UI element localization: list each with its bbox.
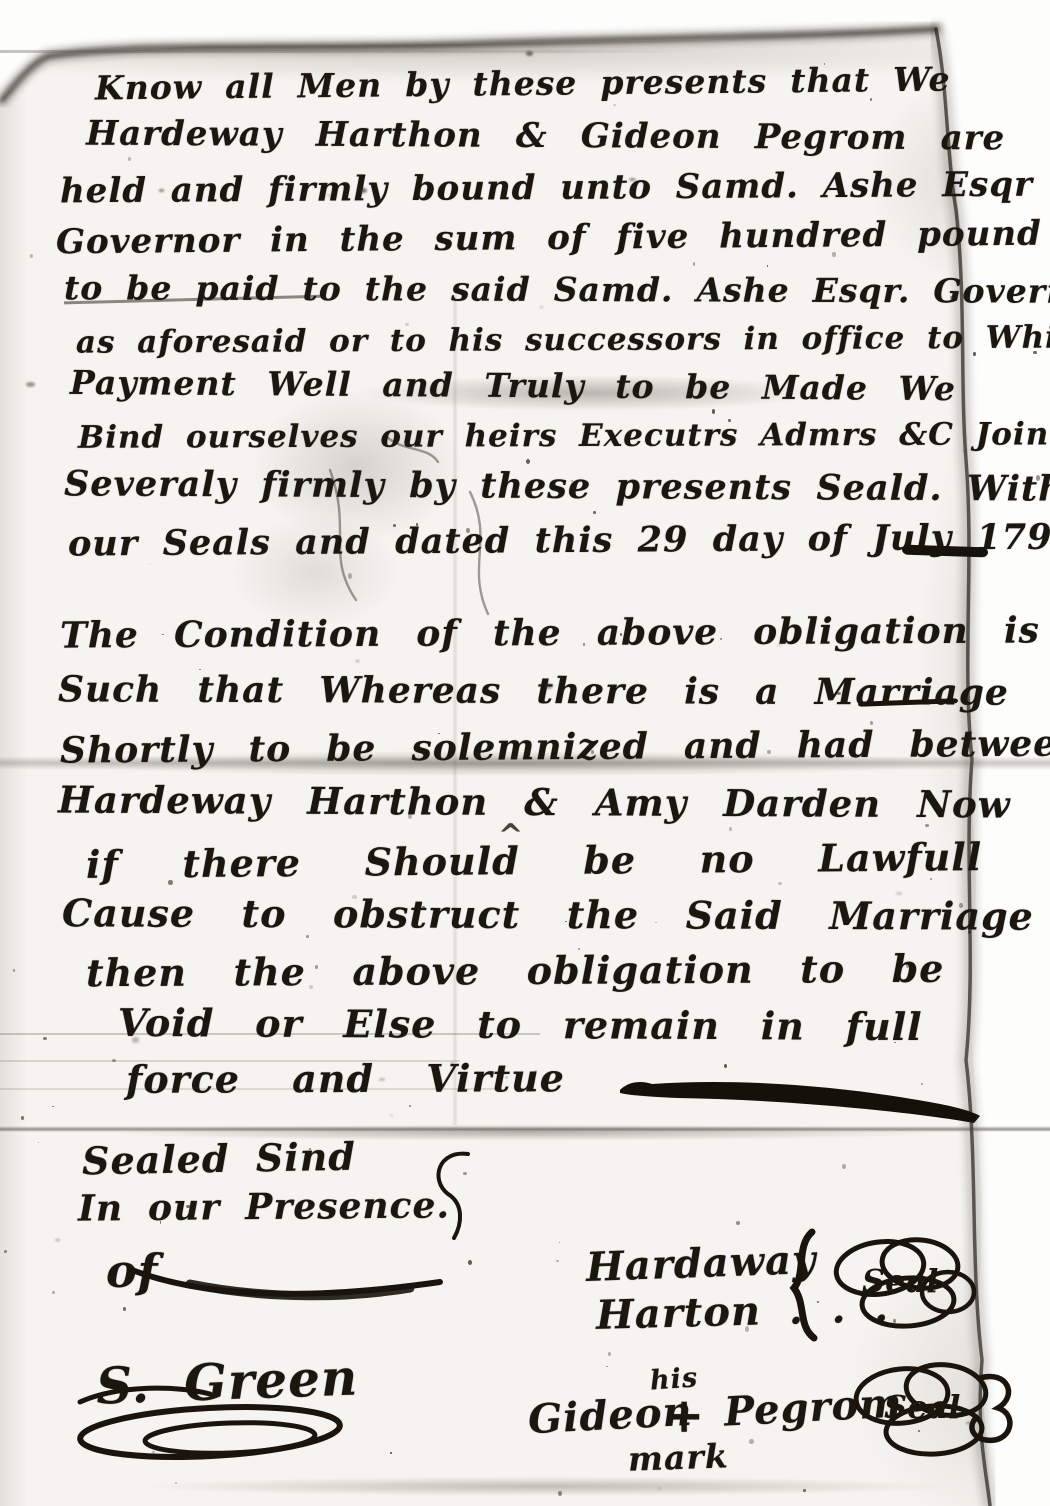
- condition-line-2: Such that Whereas there is a Marriage: [58, 668, 1009, 713]
- condition-line-5: if there Should be no Lawfull: [86, 834, 983, 887]
- signatory1-last-name: Harton . . .: [595, 1284, 889, 1339]
- bond-line-5: to be paid to the said Samd. Ashe Esqr. …: [64, 268, 1050, 311]
- condition-line-8: Void or Else to remain in full: [118, 1000, 923, 1049]
- signatory2-last-name: Pegrom: [723, 1379, 904, 1435]
- bond-line-6: as aforesaid or to his successors in off…: [76, 319, 1050, 360]
- attestation-line-2: In our Presence.: [78, 1184, 450, 1229]
- bond-line-2: Hardeway Harthon & Gideon Pegrom are: [86, 114, 1005, 159]
- bond-line-8: Bind ourselves our heirs Executrs Admrs …: [78, 416, 1050, 456]
- scanned-document-page: Know all Men by these presents that We H…: [0, 0, 1050, 1506]
- bond-line-3: held and firmly bound unto Samd. Ashe Es…: [60, 165, 1033, 212]
- attestation-line-3: of: [106, 1244, 158, 1298]
- attestation-line-1: Sealed Sind: [82, 1134, 357, 1184]
- bond-line-9: Severaly firmly by these presents Seald.…: [64, 463, 1050, 509]
- signatory2-cross-mark: +: [664, 1388, 705, 1444]
- bond-line-10: our Seals and dated this 29 day of July …: [68, 516, 1050, 564]
- condition-line-1: The Condition of the above obligation is: [60, 609, 1040, 656]
- condition-line-9: force and Virtue: [126, 1055, 565, 1102]
- signatory2-mark-label: mark: [627, 1436, 729, 1478]
- condition-line-4: Hardeway Harthon & Amy Darden Now: [58, 778, 1011, 827]
- bond-line-7: Payment Well and Truly to be Made We: [70, 363, 956, 408]
- condition-line-7: then the above obligation to be: [86, 946, 945, 995]
- witness-signature: S. Green: [95, 1347, 359, 1415]
- signatory1-first-name: Hardaway: [585, 1236, 817, 1291]
- condition-line-3: Shortly to be solemnized and had between: [60, 722, 1050, 771]
- condition-line-6: Cause to obstruct the Said Marriage: [62, 890, 1034, 938]
